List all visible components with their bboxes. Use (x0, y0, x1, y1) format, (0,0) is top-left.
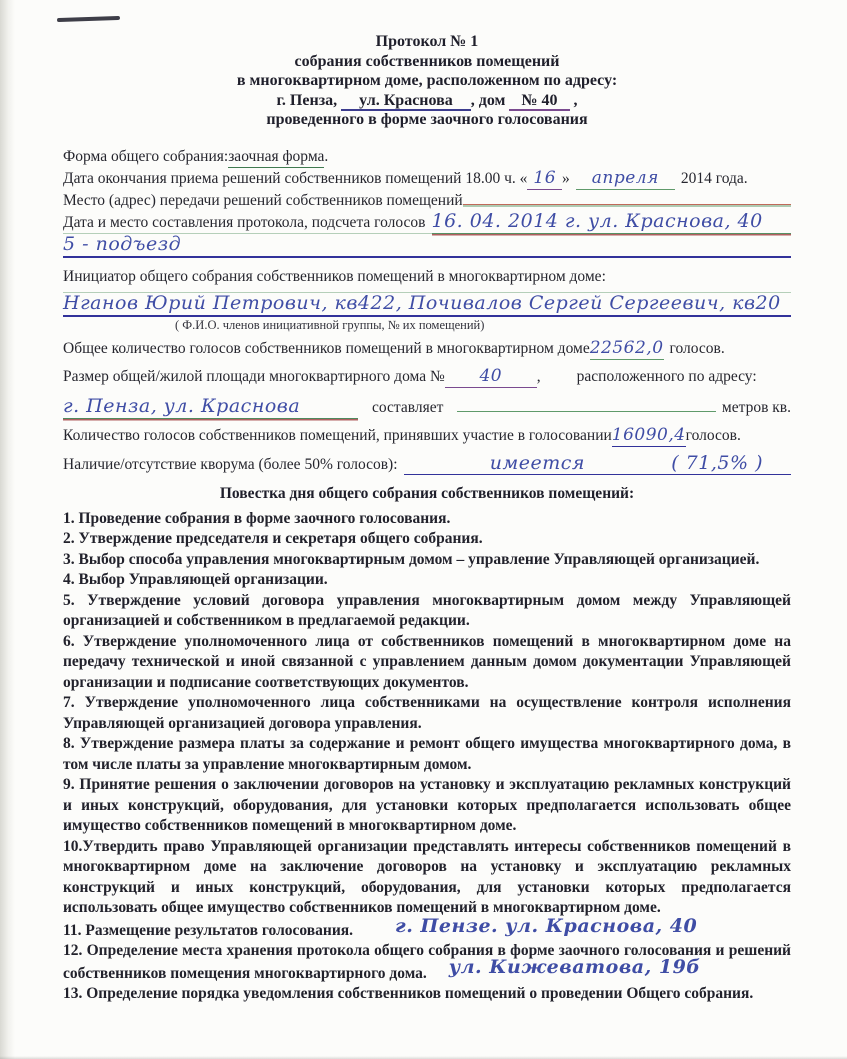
house-number-underlined: № 40 (509, 92, 569, 111)
deadline-label: Дата окончания приема решений собственни… (63, 168, 527, 189)
area-row: Размер общей/жилой площади многоквартирн… (63, 366, 791, 388)
quorum-percent-handwritten: ( 71,5% ) (671, 453, 791, 474)
agenda-item-12: 12. Определение места хранения протокола… (63, 941, 791, 984)
place-blank-line (463, 204, 791, 205)
header-line5: проведенного в форме заочного голосовани… (63, 110, 791, 130)
agenda-item-2: 2. Утверждение председателя и секретаря … (63, 529, 791, 550)
deadline-mid: » (562, 168, 570, 189)
participated-suffix: голосов. (686, 425, 741, 446)
agenda-item-12-handwritten: ул. Кижеватова, 19б (449, 956, 701, 978)
agenda-item-10: 10.Утвердить право Управляющей организац… (63, 837, 791, 919)
deadline-day-handwritten: 16 (527, 168, 562, 190)
header-line3: в многоквартирном доме, расположенном по… (63, 71, 791, 91)
area-label: Размер общей/жилой площади многоквартирн… (63, 366, 445, 387)
total-votes-label: Общее количество голосов собственников п… (63, 338, 590, 359)
initiator-label-row: Инициатор общего собрания собственников … (63, 266, 791, 287)
form-section: Форма общего собрания: заочная форма . Д… (63, 146, 791, 475)
form-type-row: Форма общего собрания: заочная форма . (63, 146, 791, 168)
header-title: Протокол № 1 (63, 32, 791, 52)
agenda-item-6: 6. Утверждение уполномоченного лица от с… (63, 632, 791, 694)
participated-row: Количество голосов собственников помещен… (63, 425, 791, 447)
scan-artifact-dash (57, 16, 120, 22)
protocol-value2-handwritten: 5 - подъезд (63, 233, 181, 255)
place-row: Место (адрес) передачи решений собственн… (63, 190, 791, 211)
initiator-note: ( Ф.И.О. членов инициативной группы, № и… (175, 317, 791, 334)
agenda-item-11-handwritten: г. Пензе. ул. Краснова, 40 (395, 915, 697, 937)
agenda-title: Повестка дня общего собрания собственник… (63, 485, 791, 503)
agenda-item-5: 5. Утверждение условий договора управлен… (63, 591, 791, 632)
protocol-row: Дата и место составления протокола, подс… (63, 211, 791, 234)
protocol-row2: 5 - подъезд (63, 234, 791, 258)
agenda-item-4: 4. Выбор Управляющей организации. (63, 570, 791, 591)
total-votes-value-handwritten: 22562,0 (590, 338, 664, 360)
total-votes-suffix: голосов. (670, 338, 725, 359)
quorum-row: Наличие/отсутствие кворума (более 50% го… (63, 453, 791, 475)
address-suffix: метров кв. (722, 397, 791, 418)
header-line2: собрания собственников помещений (63, 52, 791, 72)
agenda-item-11: 11. Размещение результатов голосования.г… (63, 919, 791, 942)
initiator-value-row: Нганов Юрий Петрович, кв422, Почивалов С… (63, 293, 791, 317)
agenda-item-1: 1. Проведение собрания в форме заочного … (63, 509, 791, 530)
area-comma: , (537, 366, 541, 387)
address-row: г. Пенза, ул. Краснова составляет метров… (63, 396, 791, 419)
address-mid-label: составляет (372, 397, 443, 418)
address-blank-line (457, 411, 716, 412)
initiator-label: Инициатор общего собрания собственников … (63, 266, 606, 287)
address-prefix: г. Пенза, (276, 92, 341, 109)
area-suffix: расположенного по адресу: (577, 366, 757, 387)
scan-edge-shadow (0, 0, 15, 1059)
deadline-month-handwritten: апреля (576, 168, 675, 190)
protocol-label: Дата и место составления протокола, подс… (63, 212, 426, 233)
form-type-value: заочная форма (228, 146, 324, 168)
agenda-item-8: 8. Утверждение размера платы за содержан… (63, 734, 791, 775)
total-votes-row: Общее количество голосов собственников п… (63, 338, 791, 360)
agenda-item-7: 7. Утверждение уполномоченного лица собс… (63, 693, 791, 734)
participated-value-handwritten: 16090,4 (612, 425, 686, 447)
street-name-underlined: ул. Краснова (341, 92, 471, 111)
initiator-names-handwritten: Нганов Юрий Петрович, кв422, Почивалов С… (63, 292, 781, 314)
form-type-label: Форма общего собрания: (63, 146, 228, 167)
header-address-line: г. Пенза, ул. Краснова, дом № 40 , (63, 91, 791, 111)
quorum-value-handwritten: имеется (404, 453, 672, 474)
agenda-item-3: 3. Выбор способа управления многоквартир… (63, 550, 791, 571)
form-type-period: . (324, 146, 328, 167)
participated-label: Количество голосов собственников помещен… (63, 425, 612, 446)
deadline-row: Дата окончания приема решений собственни… (63, 168, 791, 190)
deadline-suffix: 2014 года. (681, 168, 748, 189)
address-mid: , дом (471, 92, 510, 109)
address-suffix: , (570, 92, 578, 109)
document-page: Протокол № 1 собрания собственников поме… (63, 32, 791, 1005)
agenda-item-9: 9. Принятие решения о заключении договор… (63, 775, 791, 837)
agenda-item-11-text: 11. Размещение результатов голосования. (63, 922, 353, 939)
agenda-list: 1. Проведение собрания в форме заочного … (63, 509, 791, 1005)
protocol-value-handwritten: 16. 04. 2014 г. ул. Краснова, 40 (432, 210, 763, 232)
place-label: Место (адрес) передачи решений собственн… (63, 190, 463, 211)
agenda-item-13: 13. Определение порядка уведомления собс… (63, 984, 791, 1005)
document-header: Протокол № 1 собрания собственников поме… (63, 32, 791, 130)
quorum-label: Наличие/отсутствие кворума (более 50% го… (63, 454, 398, 475)
address-value-handwritten: г. Пенза, ул. Краснова (63, 395, 300, 417)
area-house-handwritten: 40 (445, 366, 537, 388)
